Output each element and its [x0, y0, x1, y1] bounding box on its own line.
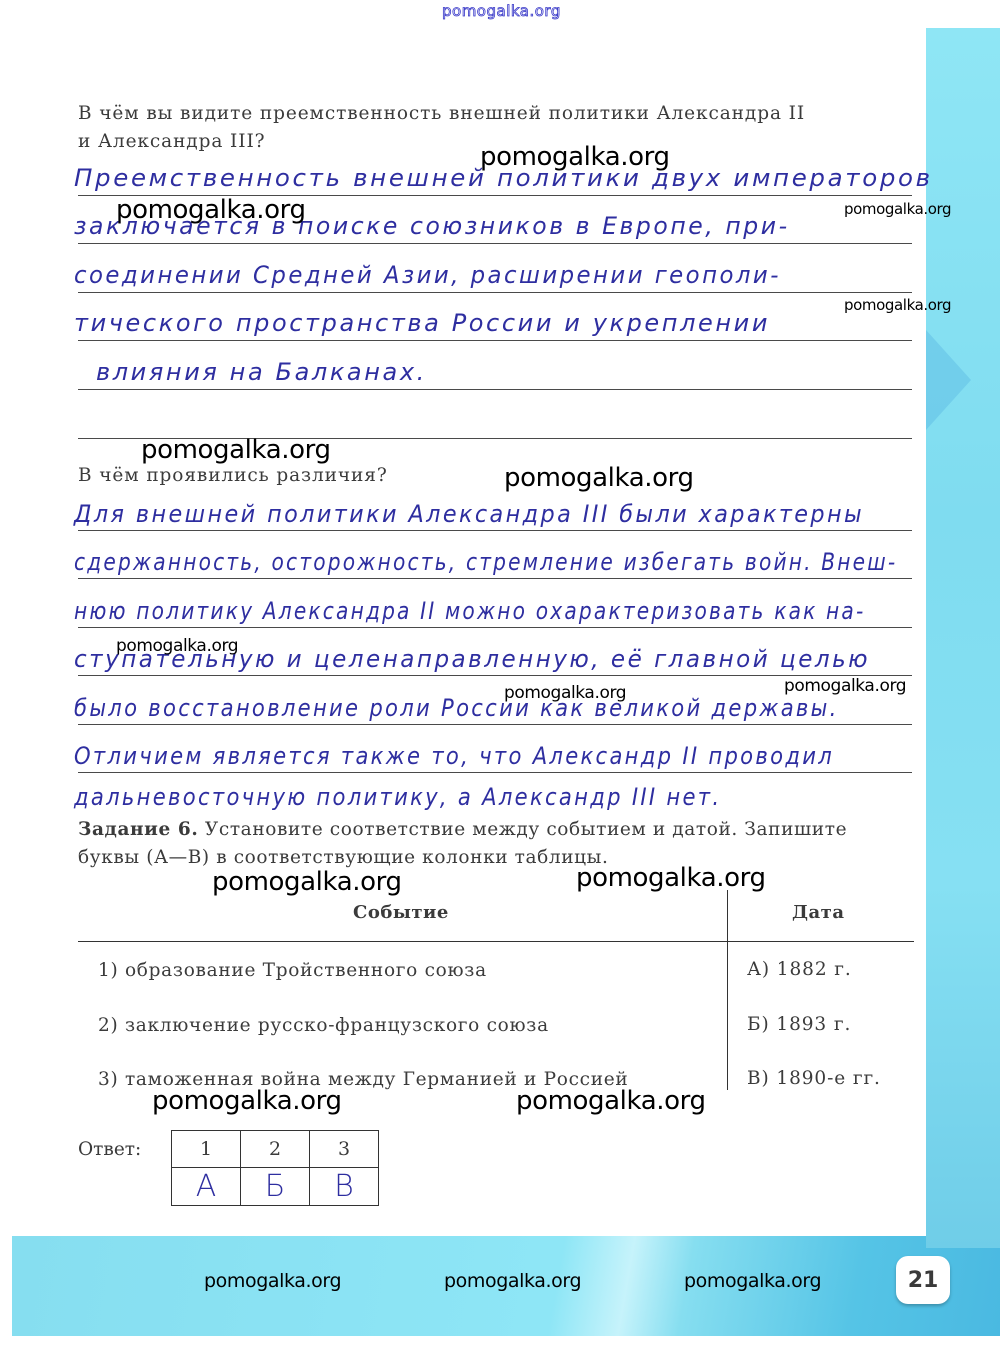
watermark: pomogalka.org — [504, 683, 626, 703]
watermark: pomogalka.org — [152, 1086, 342, 1116]
question-2: В чём проявились различия? — [78, 462, 388, 490]
watermark: pomogalka.org — [116, 195, 306, 225]
answer-rule — [78, 340, 912, 341]
side-triangle-decoration — [926, 330, 971, 430]
answer-table: 1 2 3 А Б В — [171, 1130, 379, 1206]
answer-rule — [78, 389, 912, 390]
handwritten-answer-2-line: Отличием является также то, что Александ… — [74, 742, 834, 770]
watermark: pomogalka.org — [576, 863, 766, 893]
watermark: pomogalka.org — [204, 1270, 341, 1292]
watermark: pomogalka.org — [141, 435, 331, 465]
answer-value-cell: А — [172, 1168, 241, 1206]
answer-rule — [78, 243, 912, 244]
handwritten-answer-2-line: Для внешней политики Александра III были… — [74, 500, 864, 528]
answer-rule — [78, 724, 912, 725]
watermark: pomogalka.org — [684, 1270, 821, 1292]
date-row: Б) 1893 г. — [747, 1014, 851, 1035]
question-1-line-1: В чём вы видите преемственность внешней … — [78, 100, 805, 128]
top-watermark: pomogalka.org — [442, 2, 561, 20]
handwritten-answer-2-line: сдержанность, осторожность, стремление и… — [74, 548, 897, 576]
watermark: pomogalka.org — [516, 1086, 706, 1116]
column-header-event: Событие — [353, 902, 449, 923]
event-row: 2) заключение русско-французского союза — [98, 1015, 549, 1036]
event-row: 1) образование Тройственного союза — [98, 960, 487, 981]
date-row: А) 1882 г. — [747, 959, 852, 980]
watermark: pomogalka.org — [116, 636, 238, 656]
answer-value-cell: Б — [241, 1168, 310, 1206]
watermark: pomogalka.org — [844, 200, 951, 218]
column-header-date: Дата — [792, 902, 844, 923]
table-header-divider — [78, 941, 914, 942]
answer-rule — [78, 292, 912, 293]
question-1-line-2: и Александра III? — [78, 128, 266, 156]
task-6-label: Задание 6. — [78, 819, 198, 840]
watermark: pomogalka.org — [480, 142, 670, 172]
handwritten-answer-1-line: соединении Средней Азии, расширении геоп… — [74, 261, 781, 289]
page-number: 21 — [896, 1256, 950, 1304]
answer-header-cell: 3 — [310, 1131, 379, 1168]
answer-rule — [78, 772, 912, 773]
handwritten-answer-2-line: было восстановление роли России как вели… — [74, 694, 839, 722]
answer-value-cell: В — [310, 1168, 379, 1206]
answer-rule — [78, 578, 912, 579]
task-6-instructions: Задание 6. Установите соответствие между… — [78, 816, 914, 872]
answer-label: Ответ: — [78, 1139, 141, 1160]
handwritten-answer-2-line: нюю политику Александра II можно охаракт… — [74, 597, 865, 625]
handwritten-answer-2-line: дальневосточную политику, а Александр II… — [74, 783, 721, 811]
answer-rule — [78, 530, 912, 531]
handwritten-answer-1-line: влияния на Балканах. — [96, 358, 427, 386]
table-column-divider — [727, 890, 728, 1090]
answer-header-cell: 1 — [172, 1131, 241, 1168]
watermark: pomogalka.org — [212, 867, 402, 897]
answer-rule — [78, 627, 912, 628]
watermark: pomogalka.org — [844, 296, 951, 314]
date-row: В) 1890-е гг. — [747, 1068, 881, 1089]
watermark: pomogalka.org — [444, 1270, 581, 1292]
watermark: pomogalka.org — [784, 676, 906, 696]
watermark: pomogalka.org — [504, 463, 694, 493]
answer-header-cell: 2 — [241, 1131, 310, 1168]
handwritten-answer-1-line: тического пространства России и укреплен… — [74, 309, 770, 337]
